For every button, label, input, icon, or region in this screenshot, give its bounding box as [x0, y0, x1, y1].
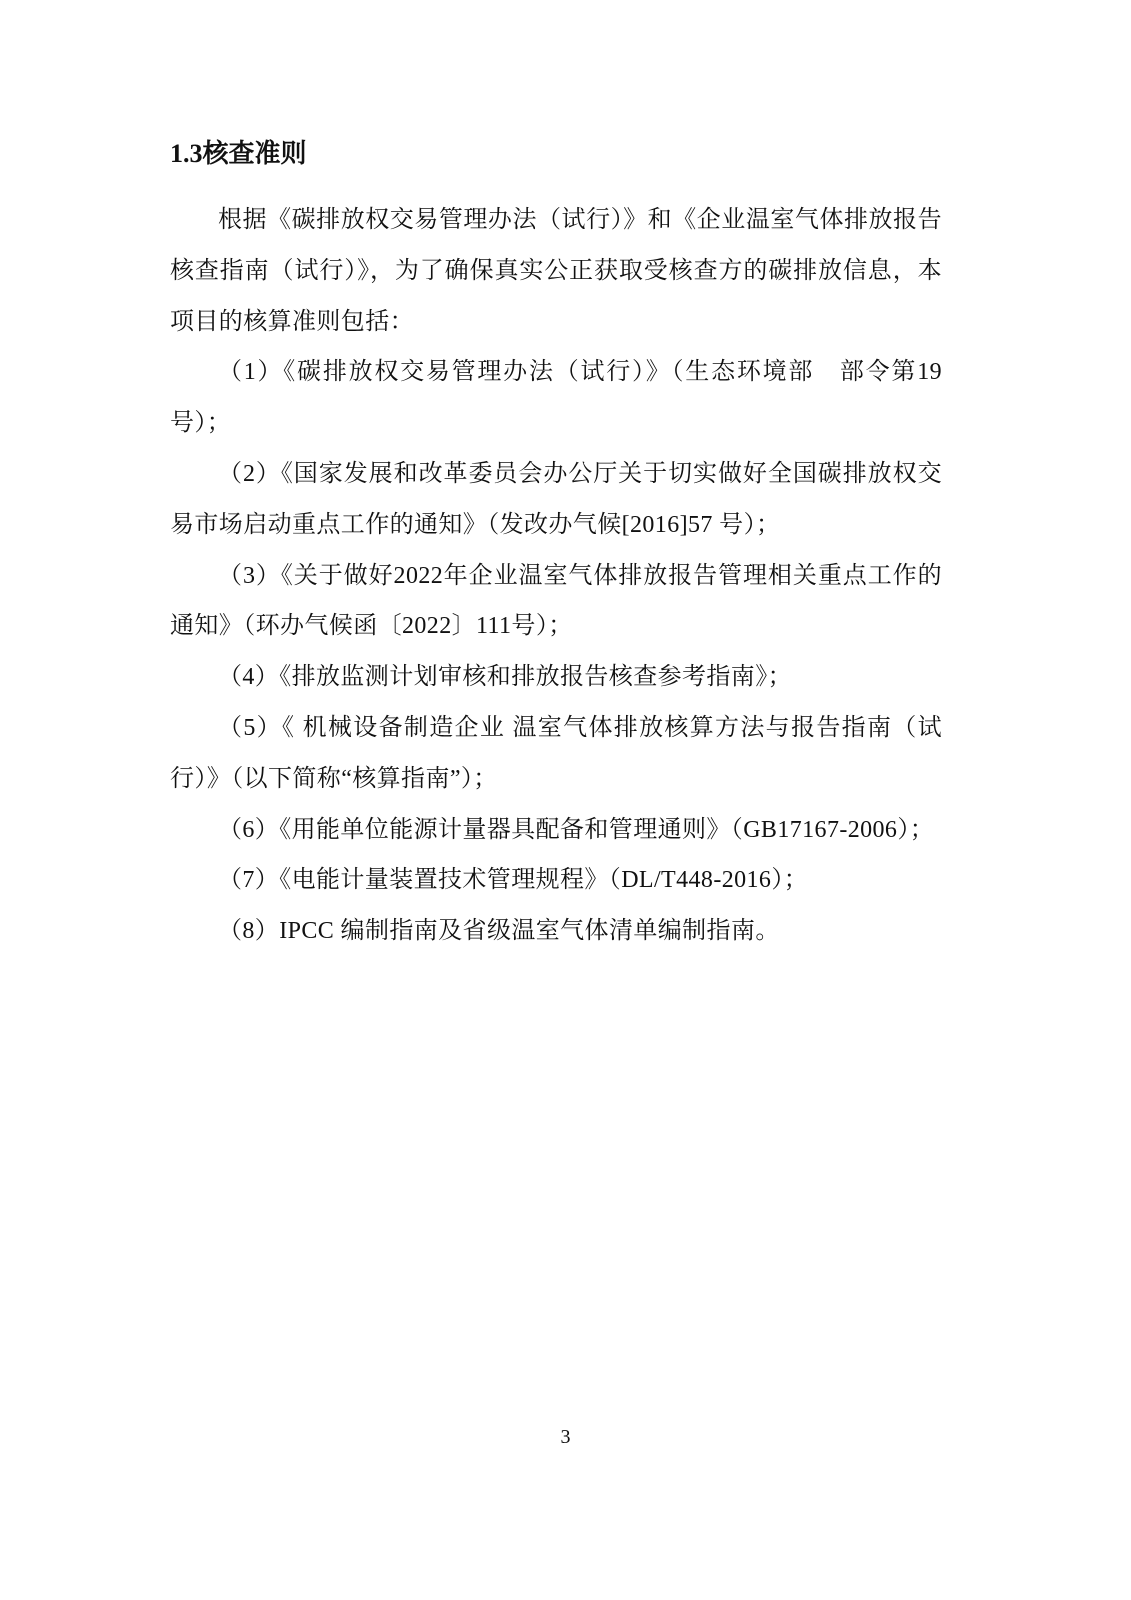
body-text: 根据《碳排放权交易管理办法（试行）》和《企业温室气体排放报告核查指南（试行）》，…: [170, 195, 942, 957]
criteria-index: （2）: [218, 461, 281, 487]
criteria-text: 《国家发展和改革委员会办公厅关于切实做好全国碳排放权交易市场启动重点工作的通知》…: [170, 461, 942, 538]
criteria-item-7: （7）《电能计量装置技术管理规程》（DL/T448-2016）；: [170, 855, 942, 906]
page-number: 3: [0, 1424, 1131, 1450]
criteria-item-6: （6）《用能单位能源计量器具配备和管理通则》（GB17167-2006）；: [170, 805, 942, 856]
intro-paragraph: 根据《碳排放权交易管理办法（试行）》和《企业温室气体排放报告核查指南（试行）》，…: [170, 195, 942, 347]
criteria-item-4: （4）《排放监测计划审核和排放报告核查参考指南》；: [170, 652, 942, 703]
criteria-index: （3）: [218, 563, 281, 589]
criteria-item-3: （3）《关于做好2022年企业温室气体排放报告管理相关重点工作的通知》（环办气候…: [170, 551, 942, 653]
criteria-item-8: （8）IPCC 编制指南及省级温室气体清单编制指南。: [170, 906, 942, 957]
criteria-index: （6）: [218, 817, 279, 843]
criteria-index: （4）: [218, 664, 279, 690]
criteria-index: （1）: [218, 359, 283, 385]
criteria-text: 《电能计量装置技术管理规程》（DL/T448-2016）；: [279, 867, 808, 893]
criteria-text: 《碳排放权交易管理办法（试行）》（生态环境部 部令第19号）；: [170, 359, 942, 436]
criteria-text: 《排放监测计划审核和排放报告核查参考指南》；: [279, 664, 792, 690]
criteria-index: （8）: [218, 918, 279, 944]
criteria-index: （5）: [218, 715, 282, 741]
criteria-index: （7）: [218, 867, 279, 893]
criteria-item-1: （1）《碳排放权交易管理办法（试行）》（生态环境部 部令第19号）；: [170, 347, 942, 449]
section-heading: 1.3核查准则: [170, 137, 307, 171]
criteria-text: 《 机械设备制造企业 温室气体排放核算方法与报告指南（试行）》（以下简称“核算指…: [170, 715, 942, 792]
document-page: 1.3核查准则 根据《碳排放权交易管理办法（试行）》和《企业温室气体排放报告核查…: [0, 0, 1131, 1600]
criteria-item-2: （2）《国家发展和改革委员会办公厅关于切实做好全国碳排放权交易市场启动重点工作的…: [170, 449, 942, 551]
criteria-text: IPCC 编制指南及省级温室气体清单编制指南。: [279, 918, 780, 944]
criteria-item-5: （5）《 机械设备制造企业 温室气体排放核算方法与报告指南（试行）》（以下简称“…: [170, 703, 942, 805]
criteria-text: 《关于做好2022年企业温室气体排放报告管理相关重点工作的通知》（环办气候函〔2…: [170, 563, 942, 640]
criteria-text: 《用能单位能源计量器具配备和管理通则》（GB17167-2006）；: [279, 817, 934, 843]
